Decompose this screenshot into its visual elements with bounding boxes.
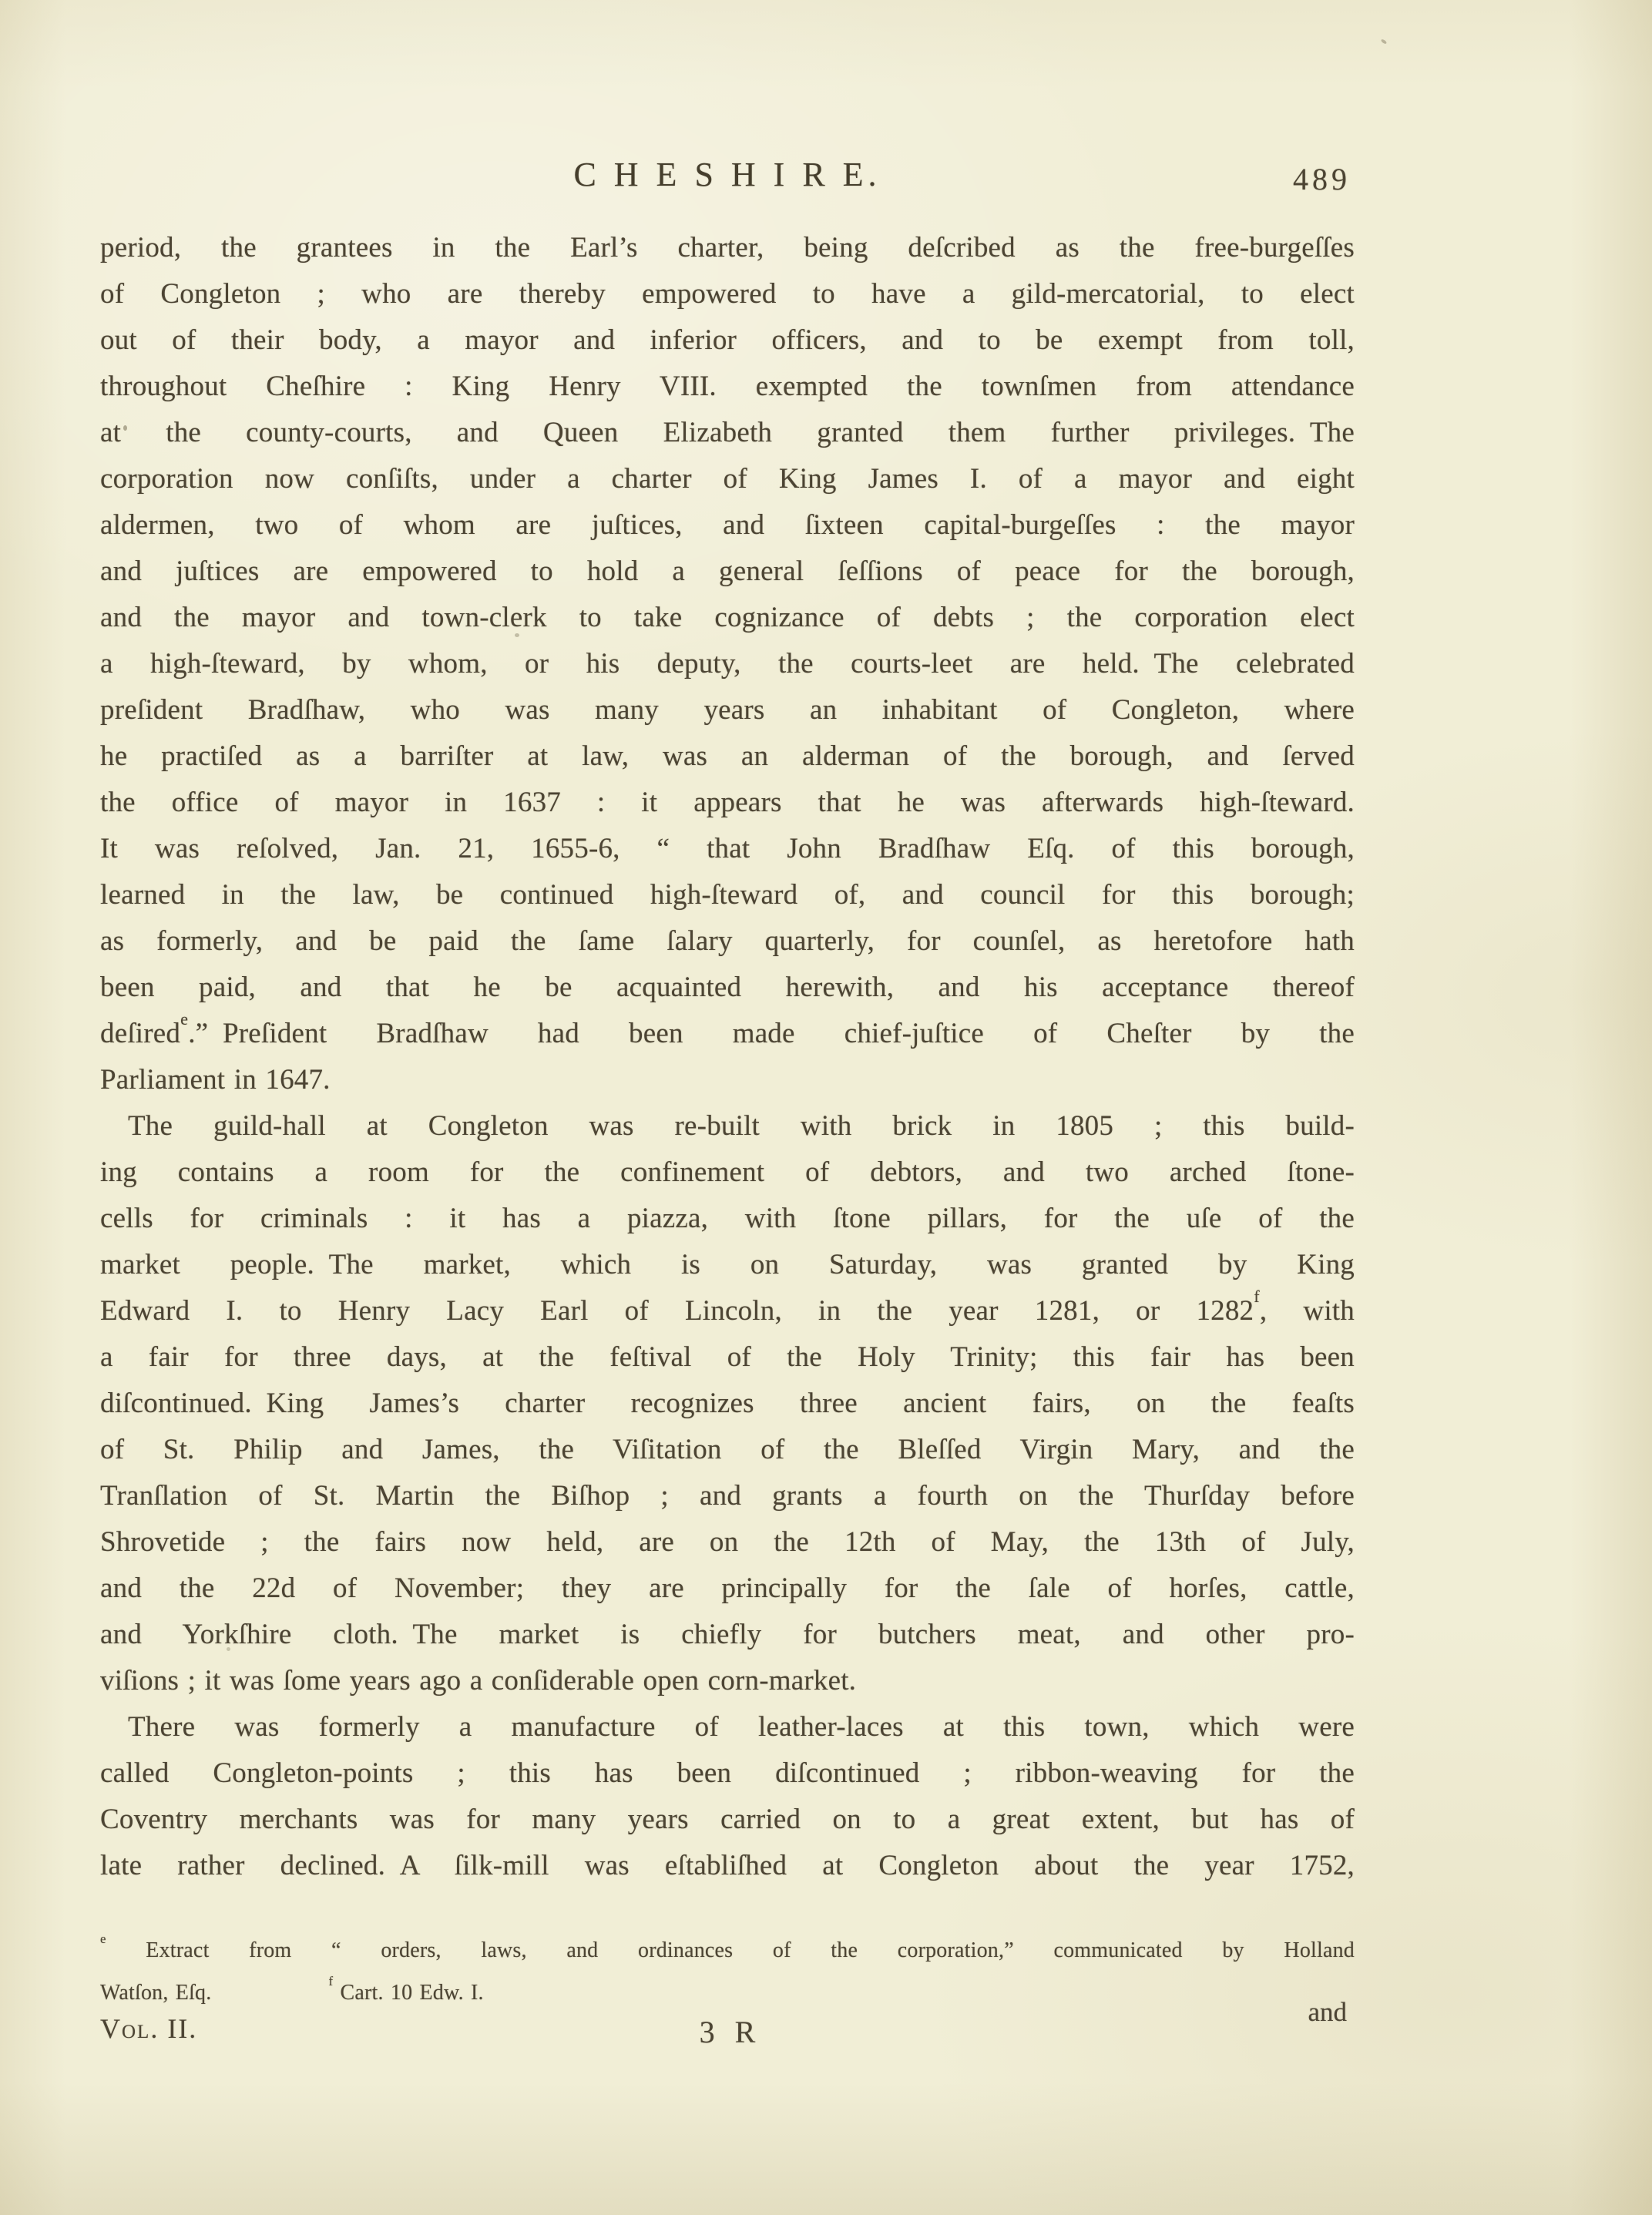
text-line: out of their body, a mayor and inferior … [100,317,1355,364]
text-line: Shrovetide ; the fairs now held, are on … [100,1519,1355,1566]
text-line: aldermen, two of whom are juſtices, and … [100,502,1355,549]
text-line: corporation now conſiſts, under a charte… [100,456,1355,502]
text-line: diſcontinued. King James’s charter recog… [100,1381,1355,1427]
text-line: preſident Bradſhaw, who was many years a… [100,687,1355,733]
text-line: as formerly, and be paid the ſame ſalary… [100,918,1355,965]
text-line: ing contains a room for the confinement … [100,1149,1355,1196]
text-line: and the mayor and town-clerk to take cog… [100,595,1355,641]
text-line: the office of mayor in 1637 : it appears… [100,780,1355,826]
text-line: throughout Cheſhire : King Henry VIII. e… [100,364,1355,410]
running-head: C H E S H I R E. [100,152,1355,198]
text-line: Edward I. to Henry Lacy Earl of Lincoln,… [100,1288,1355,1334]
text-line: of St. Philip and James, the Viſitation … [100,1427,1355,1473]
text-line: period, the grantees in the Earl’s chart… [100,225,1355,271]
text-line: There was formerly a manufacture of leat… [100,1704,1355,1750]
text-line: a high-ſteward, by whom, or his deputy, … [100,641,1355,687]
footnote-marker-e: e [100,1931,106,1946]
text-line: he practiſed as a barriſter at law, was … [100,733,1355,780]
text-line: late rather declined. A ſilk-mill was eſ… [100,1843,1355,1889]
footnote-ref-f: f [1254,1287,1260,1306]
text-line: at the county-courts, and Queen Elizabet… [100,410,1355,456]
catchword: and [1308,1997,1347,2028]
footnote-text: Extract from “ orders, laws, and ordinan… [106,1938,1355,1962]
footnote-e: e Extract from “ orders, laws, and ordin… [100,1929,1355,1972]
text-line: It was reſolved, Jan. 21, 1655-6, “ that… [100,826,1355,872]
body-text: period, the grantees in the Earl’s chart… [100,225,1355,1889]
line-segment: Edward I. to Henry Lacy Earl of Lincoln,… [100,1295,1254,1327]
page-number: 489 [1293,156,1351,203]
text-line: deſirede.” Preſident Bradſhaw had been m… [100,1011,1355,1057]
text-line: called Congleton-points ; this has been … [100,1750,1355,1797]
text-line: viſions ; it was ſome years ago a conſid… [100,1658,1355,1704]
press-signature: 3 R [100,2014,1355,2050]
line-segment: .” Preſident Bradſhaw had been made chie… [188,1018,1355,1049]
text-line: cells for criminals : it has a piazza, w… [100,1196,1355,1242]
footnote-marker-f: f [328,1974,333,1988]
text-line: Coventry merchants was for many years ca… [100,1797,1355,1843]
line-segment: deſired [100,1018,180,1049]
text-line: and Yorkſhire cloth. The market is chief… [100,1612,1355,1658]
text-line: been paid, and that he be acquainted her… [100,965,1355,1011]
text-line: and juſtices are empowered to hold a gen… [100,549,1355,595]
text-line: The guild-hall at Congleton was re-built… [100,1103,1355,1149]
page-footer: Vol. II. 3 R and [100,2000,1355,2069]
text-line: of Congleton ; who are thereby empowered… [100,271,1355,317]
footnote-ref-e: e [180,1009,188,1029]
text-line: market people. The market, which is on S… [100,1242,1355,1288]
text-line: Tranſlation of St. Martin the Biſhop ; a… [100,1473,1355,1519]
text-line: and the 22d of November; they are princi… [100,1566,1355,1612]
line-segment: , with [1260,1295,1355,1327]
text-line: a fair for three days, at the feſtival o… [100,1334,1355,1381]
paper-speck [1381,39,1388,45]
text-line: Parliament in 1647. [100,1057,1355,1103]
text-line: learned in the law, be continued high-ſt… [100,872,1355,918]
book-page: C H E S H I R E. 489 period, the grantee… [0,0,1652,2215]
